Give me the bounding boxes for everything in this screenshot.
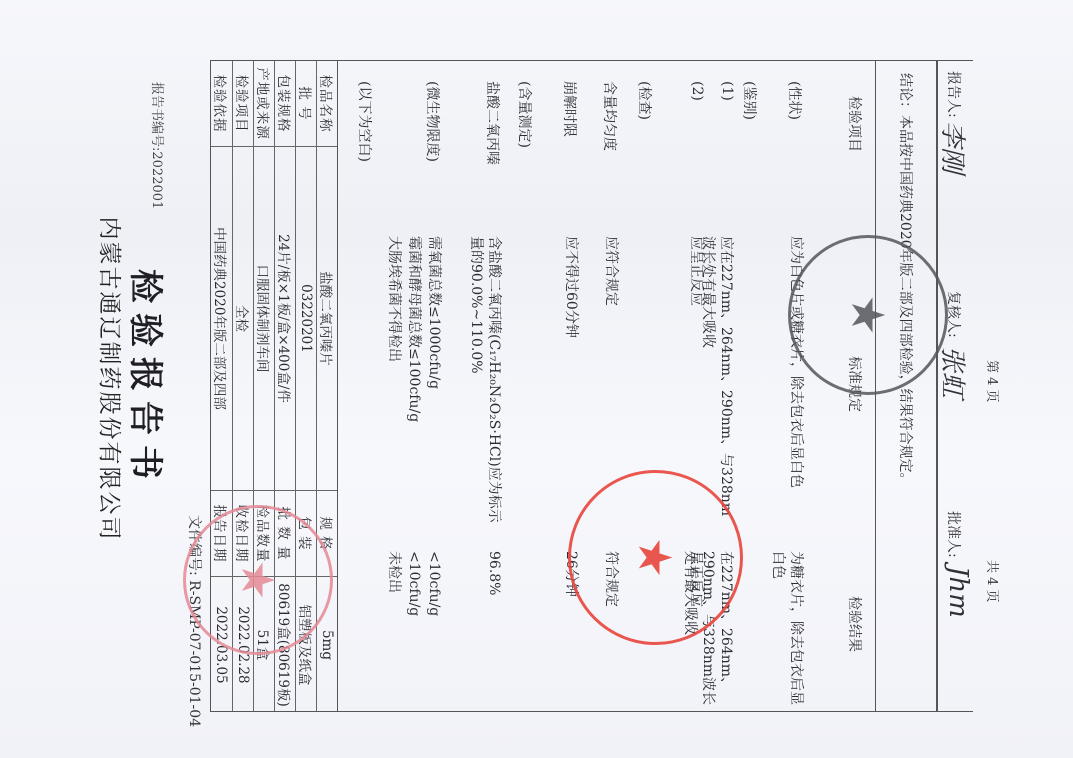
test-item: 含量均匀度 xyxy=(600,81,620,151)
quality-assurance-stamp-red: ★ xyxy=(568,470,743,645)
test-standard: 霉菌和酵母菌总数≤100cfu/g xyxy=(405,236,423,526)
test-result: <10cfu/g xyxy=(405,551,423,711)
test-standard: 应不得过60分钟 xyxy=(562,236,580,526)
info-value: 全检 xyxy=(233,147,253,491)
star-icon: ★ xyxy=(845,294,891,335)
star-icon: ★ xyxy=(235,559,281,600)
test-item: (微生物限度) xyxy=(423,81,443,162)
info-value: 盐酸二氧丙嗪片 xyxy=(317,147,337,491)
col-header-result: 检验结果 xyxy=(845,596,865,652)
test-result: 未检出 xyxy=(385,551,403,711)
info-value: 24片/板×1板/盒×400盒/件 xyxy=(275,147,295,491)
quality-dept-stamp-pink: ★ xyxy=(183,505,333,655)
info-value: 中国药典2020年版二部及四部 xyxy=(211,147,232,491)
inspection-report-page: 内蒙古通辽制药股份有限公司 检验报告书 报告书编号:2022001 文件编号: … xyxy=(0,0,1073,758)
reviewer-signature: 张虹 xyxy=(936,346,973,398)
test-item: (检查) xyxy=(635,81,655,120)
test-result: 为糖衣片，除去包衣后显白色 xyxy=(769,551,805,711)
info-value: 03220201 xyxy=(296,147,316,491)
signature-row: 报告人: 李刚 复核人: 张虹 批准人: Jhm xyxy=(937,60,973,712)
info-label: 检品名称 xyxy=(317,61,337,147)
test-item: (以下为空白) xyxy=(355,81,375,162)
page-number: 第 4 页 xyxy=(984,360,1003,403)
info-label: 检验项目 xyxy=(233,61,253,147)
report-number: 报告书编号:2022001 xyxy=(149,82,168,209)
quality-management-stamp-gray: ★ xyxy=(788,235,948,395)
test-standard: 大肠埃希菌不得检出 xyxy=(385,236,403,526)
col-header-item: 检验项目 xyxy=(845,96,865,152)
test-item: 崩解时限 xyxy=(560,81,580,137)
test-item: (2) xyxy=(689,81,705,101)
approver-signature: Jhm xyxy=(943,566,973,618)
info-label: 包装规格 xyxy=(275,61,295,147)
test-result: <10cfu/g xyxy=(425,551,443,711)
test-item: (1) xyxy=(719,81,735,101)
info-value: 口服固体制剂车间 xyxy=(254,147,274,491)
test-item: 盐酸二氧丙嗪 xyxy=(483,81,503,165)
star-icon: ★ xyxy=(633,537,679,578)
approver-label: 批准人: xyxy=(944,511,964,558)
info-label: 批 号 xyxy=(296,61,316,147)
reporter-label: 报告人: xyxy=(944,71,964,118)
test-result: 96.8% xyxy=(485,551,503,711)
test-standard: 含盐酸二氧丙嗪(C₁₇H₂₀N₂O₂S·HCl)应为标示量的90.0%~110.… xyxy=(467,236,503,526)
info-label: 产地或来源 xyxy=(254,61,274,147)
page-total: 共 4 页 xyxy=(984,560,1003,603)
test-item: (性状) xyxy=(785,81,805,120)
test-item: (含量测定) xyxy=(515,81,535,148)
info-label: 检验依据 xyxy=(211,61,232,147)
reporter-signature: 李刚 xyxy=(936,121,973,173)
test-item: (鉴别) xyxy=(740,81,760,120)
test-standard: 需氧菌总数≤1000cfu/g xyxy=(425,236,443,526)
